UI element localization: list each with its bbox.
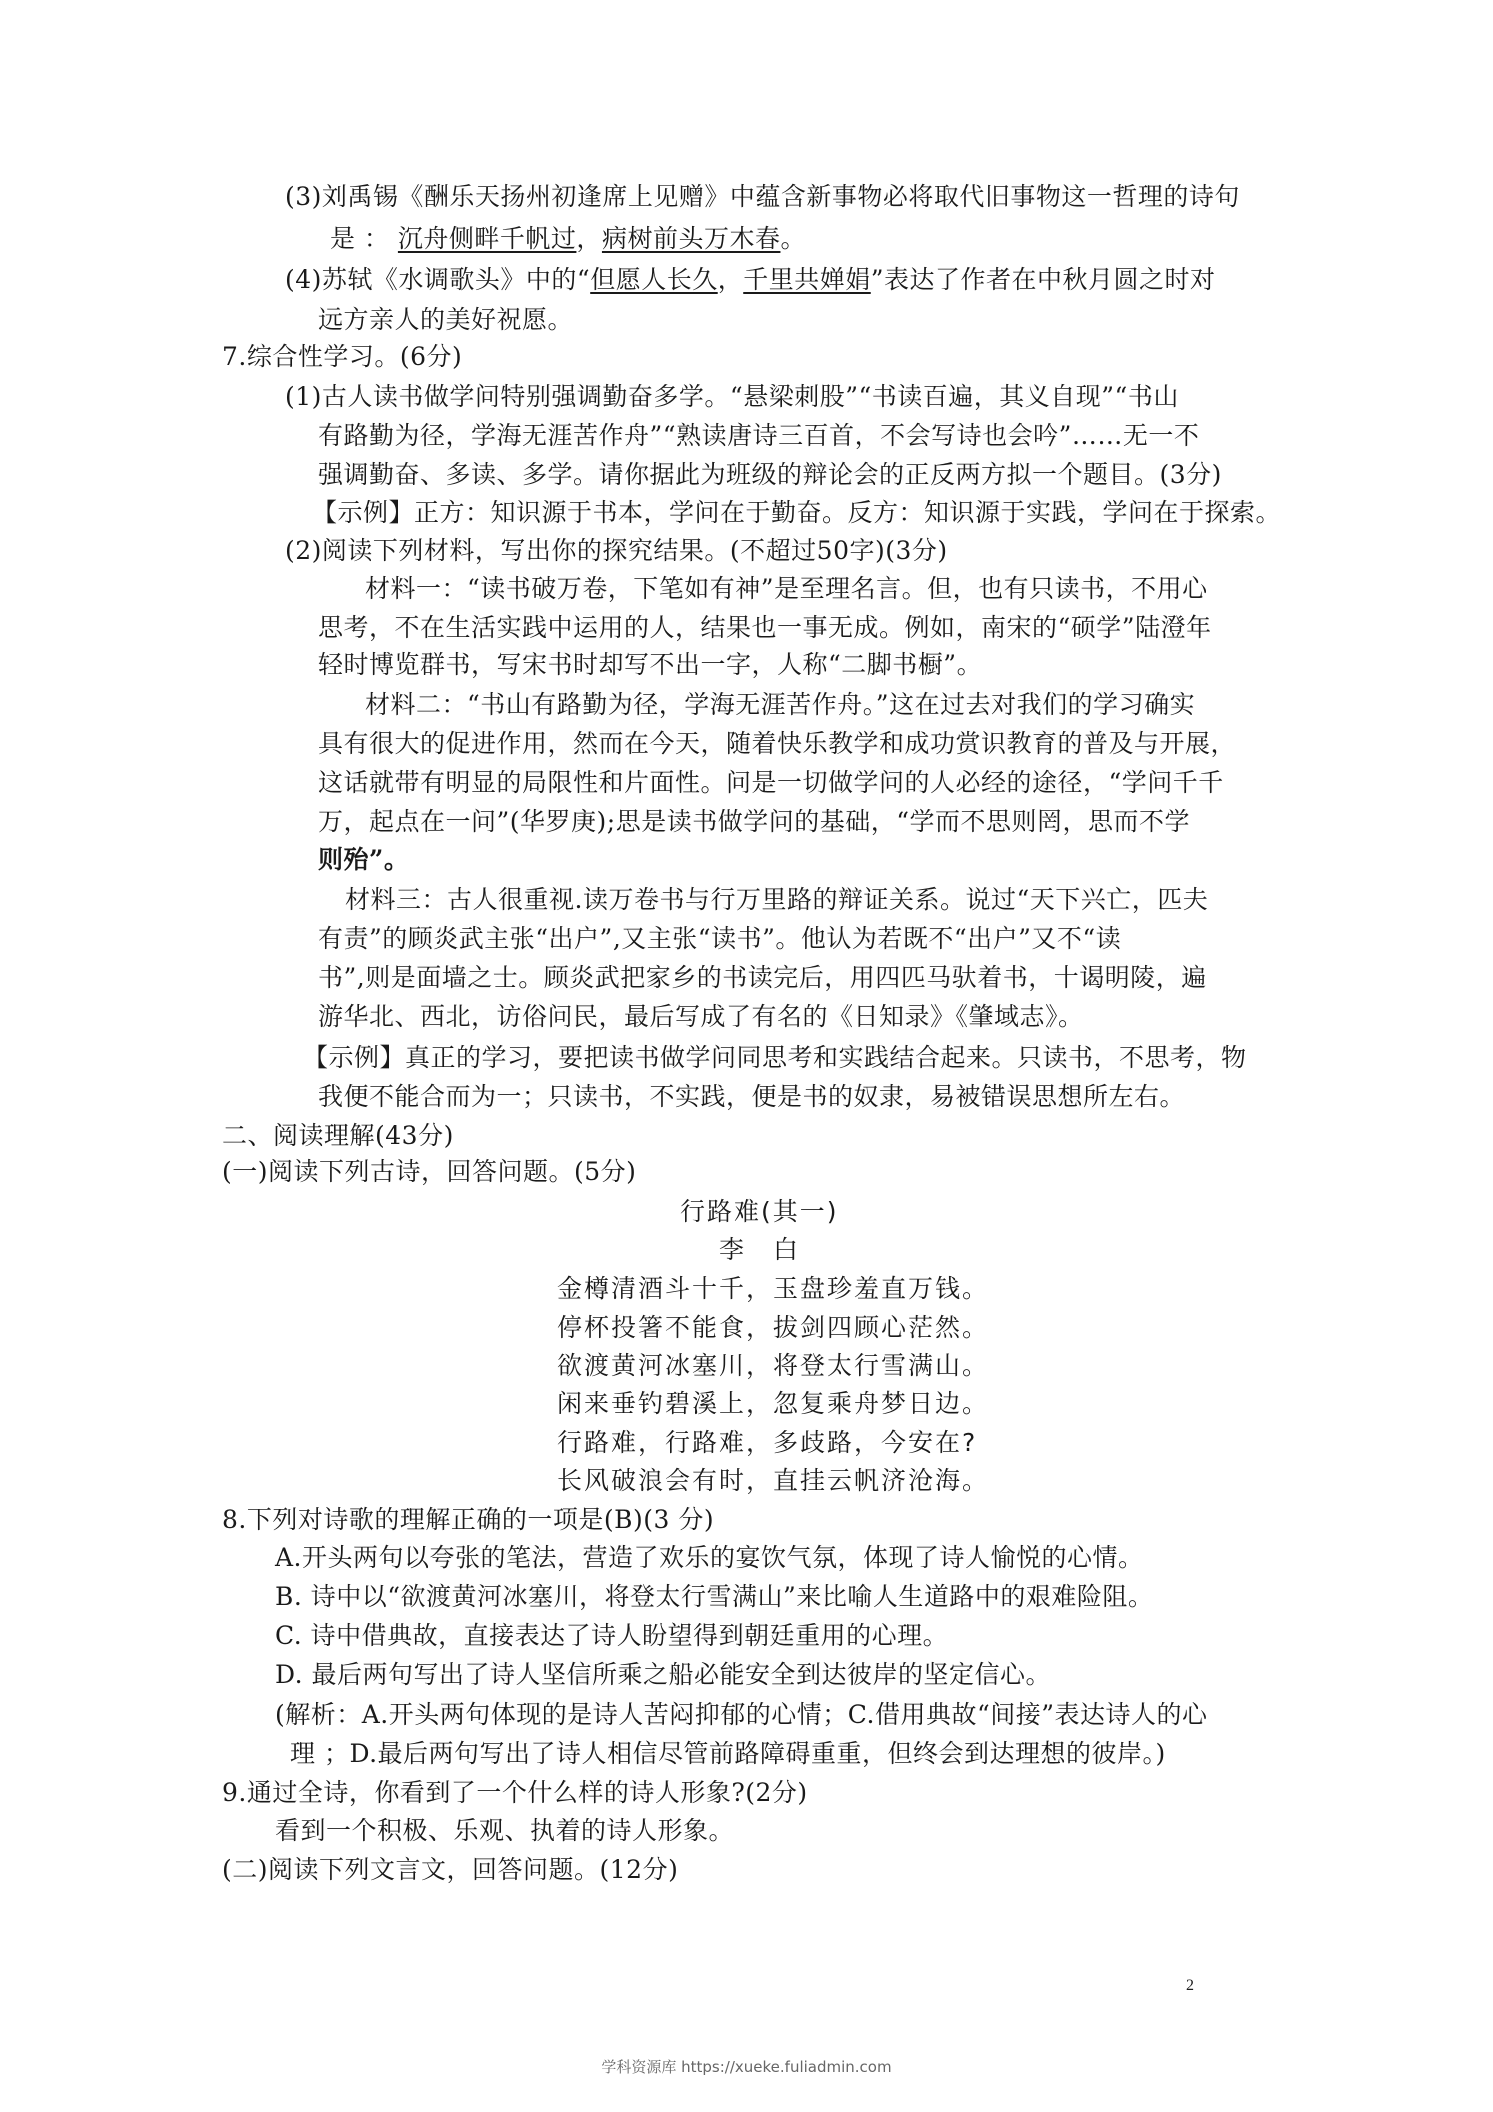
q6-item4-sep: ， [718, 265, 744, 294]
material1-line: 材料一：“读书破万卷，下笔如有神”是至理名言。但，也有只读书，不用心 [365, 572, 1208, 606]
q6-item4-answer-a: 但愿人长久 [590, 265, 718, 294]
q9-title: 9.通过全诗，你看到了一个什么样的诗人形象?(2分) [222, 1776, 808, 1810]
q6-item3-sep: ， [576, 224, 602, 253]
poem-line: 闲来垂钓碧溪上，忽复乘舟梦日边。 [557, 1387, 989, 1421]
poem-line: 停杯投箸不能食，拔剑四顾心茫然。 [557, 1311, 989, 1345]
material2-line: 万，起点在一问”(华罗庚);思是读书做学问的基础，“学而不思则罔，思而不学 [318, 805, 1190, 839]
poem-line: 行路难，行路难，多歧路，今安在? [557, 1426, 977, 1460]
q6-item4-line1: (4)苏轼《水调歌头》中的“但愿人长久，千里共婵娟”表达了作者在中秋月圆之时对 [285, 263, 1216, 297]
q7-part2-title: (2)阅读下列材料，写出你的探究结果。(不超过50字)(3分) [285, 534, 948, 568]
q6-item4-prefix: (4)苏轼《水调歌头》中的“ [285, 265, 590, 294]
poem-line: 长风破浪会有时，直挂云帆济沧海。 [557, 1464, 989, 1498]
q7-title: 7.综合性学习。(6分) [222, 340, 462, 374]
q7-part1-line: 强调勤奋、多读、多学。请你据此为班级的辩论会的正反两方拟一个题目。(3分) [318, 458, 1222, 492]
q6-item3-line2: 是 ： 沉舟侧畔千帆过，病树前头万木春。 [330, 222, 806, 256]
q8-option-b: B. 诗中以“欲渡黄河冰塞川，将登太行雪满山”来比喻人生道路中的艰难险阻。 [275, 1580, 1153, 1614]
q8-analysis-line: (解析：A.开头两句体现的是诗人苦闷抑郁的心情；C.借用典故“间接”表达诗人的心 [275, 1698, 1208, 1732]
material3-line: 游华北、西北，访俗问民，最后写成了有名的《日知录》《肇域志》。 [318, 1000, 1084, 1034]
q9-answer: 看到一个积极、乐观、执着的诗人形象。 [275, 1814, 734, 1848]
material2-last-line: 则殆”。 [318, 843, 409, 877]
q6-item4-suffix: ”表达了作者在中秋月圆之时对 [871, 265, 1216, 294]
poem-line: 欲渡黄河冰塞川，将登太行雪满山。 [557, 1349, 989, 1383]
q7-part2-example-line: 【示例】真正的学习，要把读书做学问同思考和实践结合起来。只读书，不思考，物 [303, 1041, 1247, 1075]
q8-title: 8.下列对诗歌的理解正确的一项是(B)(3 分) [222, 1503, 714, 1537]
q6-item3-line1: (3)刘禹锡《酬乐天扬州初逢席上见赠》中蕴含新事物必将取代旧事物这一哲理的诗句 [285, 180, 1240, 214]
q6-item3-answer-b: 病树前头万木春 [602, 224, 781, 253]
q7-part2-example-line: 我便不能合而为一；只读书，不实践，便是书的奴隶，易被错误思想所左右。 [318, 1080, 1185, 1114]
q8-analysis-line: 理 ；D.最后两句写出了诗人相信尽管前路障碍重重，但终会到达理想的彼岸。) [290, 1737, 1166, 1771]
section2-sub1-title: (一)阅读下列古诗，回答问题。(5分) [222, 1155, 636, 1189]
q8-option-d: D. 最后两句写出了诗人坚信所乘之船必能安全到达彼岸的坚定信心。 [275, 1658, 1051, 1692]
poem-author: 李 白 [719, 1233, 800, 1267]
q7-part1-line: 有路勤为径，学海无涯苦作舟”“熟读唐诗三百首，不会写诗也会吟”……无一不 [318, 419, 1199, 453]
material1-line: 思考，不在生活实践中运用的人，结果也一事无成。例如，南宋的“硕学”陆澄年 [318, 611, 1212, 645]
material2-line: 材料二：“书山有路勤为径，学海无涯苦作舟。”这在过去对我们的学习确实 [365, 688, 1195, 722]
q7-part1-line: (1)古人读书做学问特别强调勤奋多学。“悬梁刺股”“书读百遍，其义自现”“书山 [285, 380, 1179, 414]
footer-watermark: 学科资源库 https://xueke.fuliadmin.com [0, 2056, 1493, 2077]
section2-sub2-title: (二)阅读下列文言文，回答问题。(12分) [222, 1853, 678, 1887]
material3-line: 书”,则是面墙之士。顾炎武把家乡的书读完后，用四匹马驮着书，十谒明陵，遍 [318, 961, 1207, 995]
q8-option-a: A.开头两句以夸张的笔法，营造了欢乐的宴饮气氛，体现了诗人愉悦的心情。 [275, 1541, 1144, 1575]
q6-item3-answer-a: 沉舟侧畔千帆过 [398, 224, 577, 253]
poem-title: 行路难(其一) [680, 1195, 839, 1229]
q6-item4-line2: 远方亲人的美好祝愿。 [318, 303, 573, 337]
q6-item3-prefix: 是 ： [330, 224, 389, 253]
material3-line: 有责”的顾炎武主张“出户”,又主张“读书”。他认为若既不“出户”又不“读 [318, 922, 1121, 956]
section2-title: 二、阅读理解(43分) [222, 1119, 454, 1153]
page-number: 2 [1186, 1977, 1194, 1995]
material3-line: 材料三：古人很重视.读万卷书与行万里路的辩证关系。说过“天下兴亡，匹夫 [345, 883, 1208, 917]
q6-item3-end: 。 [780, 224, 806, 253]
q7-part1-example: 【示例】正方：知识源于书本，学问在于勤奋。反方：知识源于实践，学问在于探索。 [312, 496, 1281, 530]
poem-line: 金樽清酒斗十千，玉盘珍羞直万钱。 [557, 1272, 989, 1306]
material2-line: 这话就带有明显的局限性和片面性。问是一切做学问的人必经的途径，“学问千千 [318, 766, 1224, 800]
material1-line: 轻时博览群书，写宋书时却写不出一字，人称“二脚书橱”。 [318, 648, 982, 682]
material2-line: 具有很大的促进作用，然而在今天，随着快乐教学和成功赏识教育的普及与开展， [318, 727, 1236, 761]
q6-item4-answer-b: 千里共婵娟 [743, 265, 871, 294]
q8-option-c: C. 诗中借典故，直接表达了诗人盼望得到朝廷重用的心理。 [275, 1619, 948, 1653]
